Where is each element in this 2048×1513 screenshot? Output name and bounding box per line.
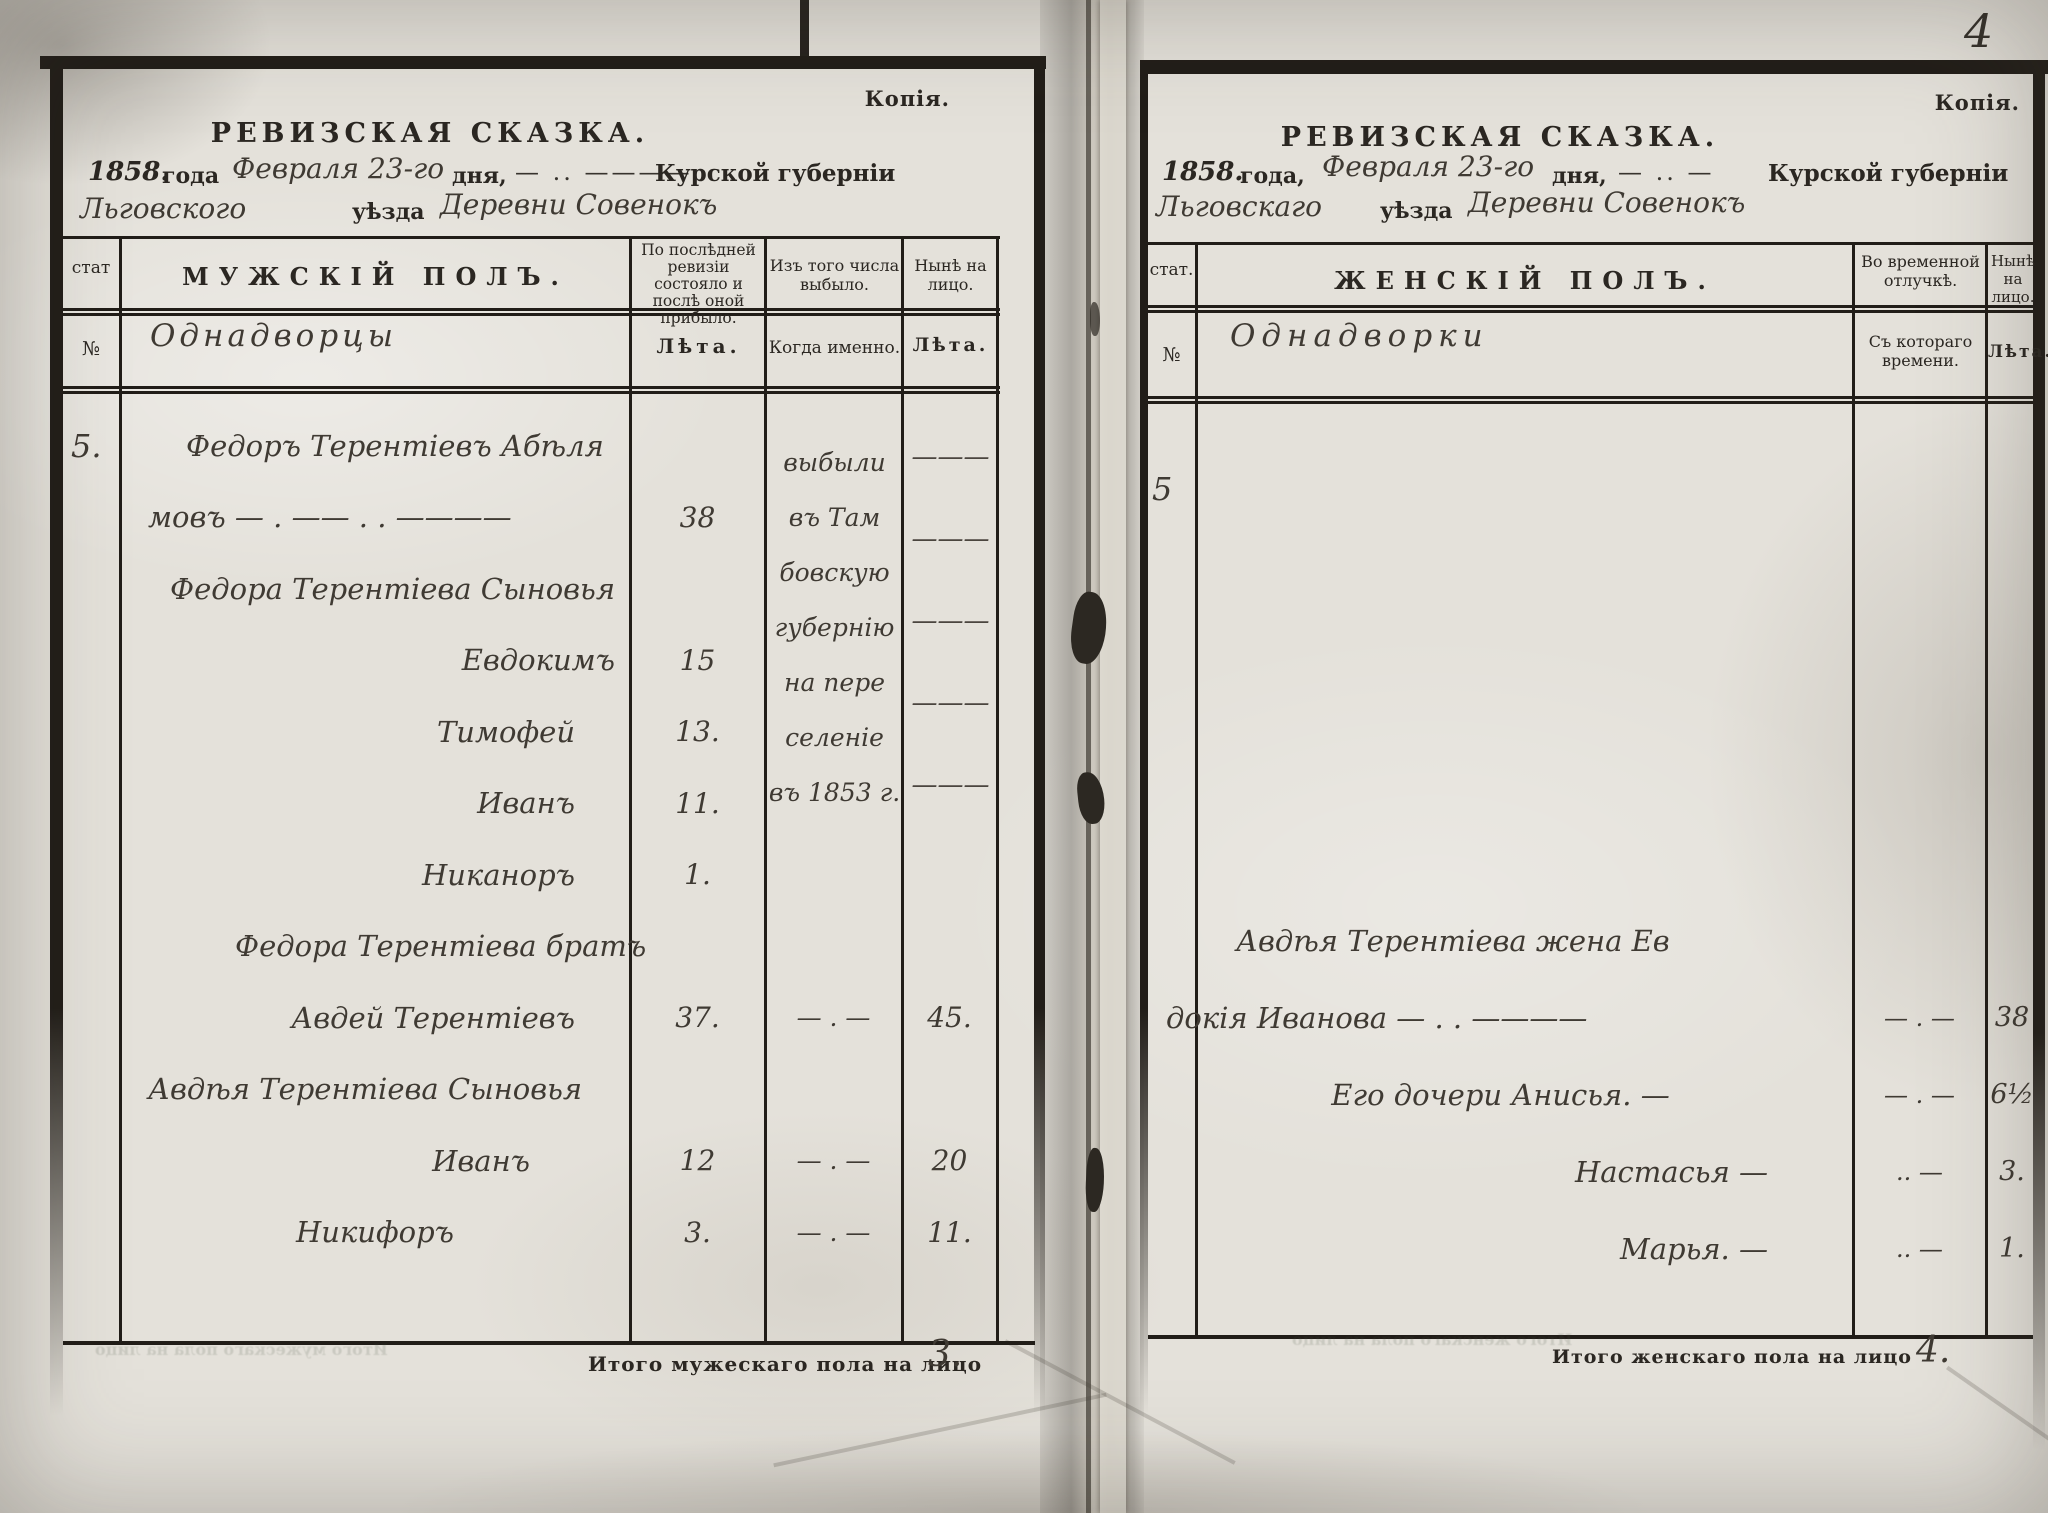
age-last-revision: 15: [630, 644, 765, 677]
column-header-stat: стат.: [1148, 260, 1195, 280]
page-border: [50, 56, 63, 1416]
copy-label: Копія.: [780, 86, 950, 111]
uyezd-word: уѣзда: [1380, 198, 1453, 224]
page-border: [40, 56, 1046, 69]
column-header-gender: ЖЕНСКІЙ ПОЛЪ.: [1198, 266, 1852, 295]
page-border: [1140, 60, 1148, 1415]
present-dash: ———: [905, 524, 996, 606]
center-fold: [1040, 0, 1144, 1513]
person-name: Авдѣя Терентіева Сыновья: [120, 1072, 630, 1106]
scanned-revision-list-document: Копія. РЕВИЗСКАЯ СКАЗКА. 1858. года Февр…: [0, 0, 2048, 1513]
column-header-since: Съ котораго времени.: [1856, 332, 1985, 370]
age-present: 6½: [1986, 1079, 2038, 1110]
departure-note-line: на пере: [768, 668, 901, 723]
person-name: Тимофей: [120, 715, 630, 749]
present-dash: ———: [905, 606, 996, 688]
column-header-last-revision: По послѣдней ревизіи состояло и послѣ он…: [633, 242, 764, 327]
age-present: 45.: [902, 1001, 997, 1034]
column-header-absence: Во временной отлучкѣ.: [1856, 252, 1985, 290]
person-name: Федора Терентіева Сыновья: [120, 572, 630, 606]
table-row: Настасья —.. —3.: [1148, 1133, 2038, 1210]
table-row: Авдей Терентіевъ37.— . —45.: [63, 982, 999, 1054]
table-rule: [63, 308, 1000, 316]
province-label: Курской губерніи: [655, 160, 895, 187]
household-number: 5: [1152, 470, 1172, 508]
estate-handwritten: Однадворки: [1230, 318, 1750, 354]
table-row: Авдѣя Терентіева Сыновья: [63, 1054, 999, 1126]
person-name: Авдѣя Терентіева жена Ев: [1148, 924, 1853, 958]
departure-note-line: въ Там: [768, 503, 901, 558]
page-number: 4: [1964, 4, 1993, 58]
age-last-revision: 11.: [630, 787, 765, 820]
person-name: Марья. —: [1148, 1232, 1853, 1266]
column-header-number: №: [1148, 344, 1195, 366]
departure-note: — . —: [765, 1218, 902, 1247]
copy-label: Копія.: [1840, 90, 2020, 115]
present-dash: ———: [905, 688, 996, 770]
column-header-age-1: Лѣта.: [633, 334, 764, 358]
year-value: 1858.: [88, 157, 169, 187]
left-when-lines: выбыливъ Тамбовскуюгуберніюна переселені…: [768, 448, 901, 833]
departure-note-line: селеніе: [768, 723, 901, 778]
person-name: Настасья —: [1148, 1155, 1853, 1189]
table-row: Никаноръ1.: [63, 839, 999, 911]
binding-strip: [1100, 0, 1126, 1513]
person-name: Никаноръ: [120, 858, 630, 892]
year-word: года,: [1240, 163, 1305, 189]
column-header-age-2: Лѣта.: [905, 334, 996, 356]
age-last-revision: 13.: [630, 715, 765, 748]
table-row: докія Иванова — . . ————— . —38: [1148, 979, 2038, 1056]
age-present: 1.: [1986, 1233, 2038, 1264]
estate-handwritten: Однадворцы: [150, 318, 610, 354]
left-present-dashes: ———————————————: [905, 442, 996, 852]
table-row: Федора Терентіева братъ: [63, 911, 999, 983]
page-title: РЕВИЗСКАЯ СКАЗКА.: [210, 118, 650, 149]
person-name: Авдей Терентіевъ: [120, 1001, 630, 1035]
uyezd-handwritten: Льговского: [80, 192, 246, 225]
absence-note: .. —: [1853, 1158, 1986, 1186]
person-name: Иванъ: [120, 1144, 630, 1178]
bleed-through-text: Итого мужескаго пола на лицо: [95, 1340, 388, 1359]
column-header-stat: стат: [63, 258, 119, 278]
filler-dashes: — .. —: [1618, 158, 1715, 186]
age-present: 11.: [902, 1216, 997, 1249]
age-last-revision: 3.: [630, 1216, 765, 1249]
uyezd-handwritten: Льговскаго: [1156, 190, 1322, 223]
person-name: Его дочери Анисья. —: [1148, 1078, 1853, 1112]
age-last-revision: 37.: [630, 1001, 765, 1034]
departure-note-line: выбыли: [768, 448, 901, 503]
departure-note-line: бовскую: [768, 558, 901, 613]
age-present: 38: [1986, 1002, 2038, 1033]
province-label: Курской губерніи: [1768, 160, 2008, 187]
age-present: 20: [902, 1144, 997, 1177]
table-row: Его дочери Анисья. —— . —6½: [1148, 1056, 2038, 1133]
absence-note: — . —: [1853, 1081, 1986, 1109]
page-border: [1034, 56, 1045, 1416]
village-handwritten: Деревни Совенокъ: [1468, 186, 1745, 219]
date-handwritten: Февраля 23-го: [1322, 150, 1534, 183]
absence-note: .. —: [1853, 1235, 1986, 1263]
column-header-when: Когда именно.: [768, 338, 901, 358]
departure-note-line: въ 1853 г.: [768, 778, 901, 833]
year-value: 1858.: [1162, 157, 1243, 187]
female-total-value: 4.: [1916, 1330, 1950, 1371]
page-border: [1140, 60, 2048, 74]
table-rule: [1148, 305, 2033, 313]
age-last-revision: 1.: [630, 858, 765, 891]
top-fold-mark: [800, 0, 809, 62]
person-name: Федора Терентіева братъ: [120, 929, 630, 963]
person-name: мовъ — . —— . . ————: [120, 500, 630, 534]
column-header-gender: МУЖСКІЙ ПОЛЪ.: [122, 262, 629, 291]
male-total-label: Итого мужескаго пола на лицо: [588, 1352, 982, 1376]
binding-knot: [1090, 302, 1100, 336]
male-total-value: 3.: [928, 1334, 962, 1375]
table-rule: [63, 386, 1000, 394]
person-name: Никифоръ: [120, 1215, 630, 1249]
table-row: Марья. —.. —1.: [1148, 1210, 2038, 1287]
table-row: Авдѣя Терентіева жена Ев: [1148, 902, 2038, 979]
date-handwritten: Февраля 23-го: [232, 152, 444, 185]
absence-note: — . —: [1853, 1004, 1986, 1032]
person-name: Федоръ Терентіевъ Абѣля: [120, 429, 630, 463]
column-header-departed: Изъ того числа выбыло.: [768, 256, 901, 294]
female-total-label: Итого женскаго пола на лицо: [1552, 1346, 1912, 1368]
column-header-present: Нынѣ на лицо.: [905, 256, 996, 294]
table-rule: [1148, 1335, 2033, 1339]
age-last-revision: 38: [630, 501, 765, 534]
column-header-number: №: [63, 338, 119, 360]
column-header-age: Лѣта.: [1988, 342, 2038, 362]
table-row: Никифоръ3.— . —11.: [63, 1197, 999, 1269]
page-title: РЕВИЗСКАЯ СКАЗКА.: [1270, 122, 1730, 153]
column-header-present: Нынѣ на лицо.: [1988, 252, 2038, 306]
bleed-through-text: Итого женскаго пола на лицо: [1292, 1330, 1572, 1349]
right-table-body: Авдѣя Терентіева жена Евдокія Иванова — …: [1148, 902, 2038, 1287]
present-dash: ———: [905, 770, 996, 852]
table-rule: [1148, 396, 2033, 404]
departure-note: — . —: [765, 1146, 902, 1175]
person-name: докія Иванова — . . ————: [1148, 1001, 1853, 1035]
table-row: Иванъ12— . —20: [63, 1125, 999, 1197]
table-rule: [63, 236, 1000, 240]
fold-crease-line: [1086, 0, 1091, 1513]
paper-crease: [773, 1393, 1106, 1468]
age-last-revision: 12: [630, 1144, 765, 1177]
household-number: 5.: [63, 427, 120, 465]
year-word: года: [162, 163, 219, 189]
table-rule: [1148, 242, 2033, 246]
day-word: дня,: [452, 163, 507, 189]
village-handwritten: Деревни Совенокъ: [440, 188, 717, 221]
person-name: Евдокимъ: [120, 643, 630, 677]
present-dash: ———: [905, 442, 996, 524]
uyezd-word: уѣзда: [352, 199, 425, 225]
person-name: Иванъ: [120, 786, 630, 820]
departure-note: — . —: [765, 1003, 902, 1032]
departure-note-line: губернію: [768, 613, 901, 668]
age-present: 3.: [1986, 1156, 2038, 1187]
